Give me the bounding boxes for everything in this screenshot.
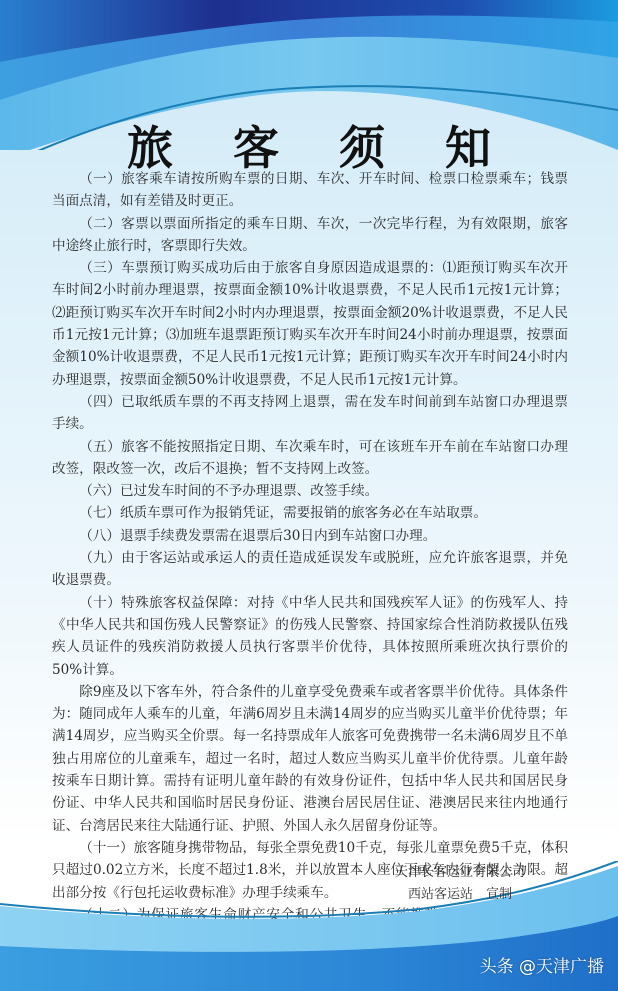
notice-body: （一）旅客乘车请按所购车票的日期、车次、开车时间、检票口检票乘车；钱票当面点清，…: [52, 168, 568, 971]
notice-item-1: （一）旅客乘车请按所购车票的日期、车次、开车时间、检票口检票乘车；钱票当面点清，…: [52, 168, 568, 213]
notice-item-5: （五）旅客不能按照指定日期、车次乘车时，可在该班车开车前在车站窗口办理改签，限改…: [52, 436, 568, 481]
notice-item-children: 除9座及以下客车外，符合条件的儿童享受免费乘车或者客票半价优待。具体条件为：随同…: [52, 681, 568, 837]
notice-item-3: （三）车票预订购买成功后由于旅客自身原因造成退票的：⑴距预订购买车次开车时间2小…: [52, 257, 568, 391]
notice-item-4: （四）已取纸质车票的不再支持网上退票，需在发车时间前到车站窗口办理退票手续。: [52, 391, 568, 436]
notice-item-9: （九）由于客运站或承运人的责任造成延误发车或脱班，应允许旅客退票，并免收退票费。: [52, 547, 568, 592]
source-watermark: 头条 @天津广播: [480, 952, 604, 977]
issuer-signature: 天津长客运业有限公司 西站客运站 宣制: [380, 862, 540, 906]
notice-item-8: （八）退票手续费发票需在退票后30日内到车站窗口办理。: [52, 525, 568, 547]
issuer-company: 天津长客运业有限公司: [380, 862, 540, 884]
notice-item-6: （六）已过发车时间的不予办理退票、改签手续。: [52, 480, 568, 502]
notice-poster: 旅 客 须 知 （一）旅客乘车请按所购车票的日期、车次、开车时间、检票口检票乘车…: [0, 0, 618, 991]
notice-item-2: （二）客票以票面所指定的乘车日期、车次，一次完毕行程，为有效限期，旅客中途终止旅…: [52, 213, 568, 258]
notice-item-10: （十）特殊旅客权益保障：对持《中华人民共和国残疾军人证》的伤残军人、持《中华人民…: [52, 592, 568, 681]
notice-item-7: （七）纸质车票可作为报销凭证，需要报销的旅客务必在车站取票。: [52, 502, 568, 524]
issuer-station: 西站客运站 宣制: [380, 884, 540, 906]
